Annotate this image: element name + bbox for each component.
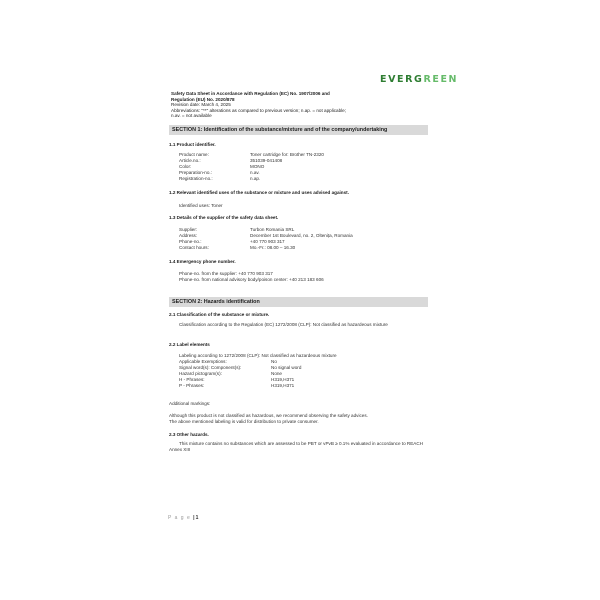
emergency-phone-poison-center: Phone-no. from national advisory body/po…	[179, 277, 324, 283]
subsection-1-2: 1.2 Relevant identified uses of the subs…	[169, 190, 349, 195]
page-footer: P a g e |1	[168, 515, 199, 521]
section-2-header: SECTION 2: Hazards identification	[169, 297, 428, 307]
kv-row: P - Phrases:H319,H371	[179, 383, 301, 389]
evergreen-logo: EVERGREEN	[380, 74, 458, 85]
other-hazards-text: This mixture contains no substances whic…	[169, 441, 431, 453]
page-number: 1	[196, 515, 200, 521]
distribution-note: The above mentioned labeling is valid fo…	[169, 419, 319, 425]
subsection-2-1: 2.1 Classification of the substance or m…	[169, 312, 269, 317]
subsection-1-1: 1.1 Product identifier.	[169, 142, 216, 147]
supplier-table: Supplier:Turbon Romania SRLAddress:Decem…	[179, 227, 353, 251]
kv-row: Contact hours:Mo.-Fr.: 08.00 – 16.30	[179, 245, 353, 251]
label-elements-table: Applicable Exemptions:NoSignal word(s): …	[179, 359, 301, 389]
kv-key: P - Phrases:	[179, 383, 271, 389]
document-header: Safety Data Sheet in Accordance with Reg…	[171, 91, 431, 119]
kv-row: Registration-no.:n.ap.	[179, 176, 324, 182]
classification-text: Classification according to the Regulati…	[169, 322, 431, 328]
kv-key: Contact hours:	[179, 245, 250, 251]
subsection-1-4: 1.4 Emergency phone number.	[169, 259, 236, 264]
document-page: EVERGREEN Safety Data Sheet in Accordanc…	[0, 0, 600, 600]
kv-value: H319,H371	[271, 383, 294, 389]
identified-uses: Identified uses: Toner	[179, 203, 223, 209]
kv-value: Mo.-Fr.: 08.00 – 16.30	[250, 245, 295, 251]
additional-markings: Additional markings:	[169, 401, 210, 407]
section-1-header: SECTION 1: Identification of the substan…	[169, 125, 428, 135]
kv-value: n.ap.	[250, 176, 260, 182]
product-identifier-table: Product name:Toner cartridge for: Brothe…	[179, 152, 324, 182]
kv-key: Registration-no.:	[179, 176, 250, 182]
subsection-2-2: 2.2 Label elements	[169, 342, 210, 347]
subsection-2-3: 2.3 Other hazards.	[169, 432, 209, 437]
abbreviations-2: n.av. = not available	[171, 113, 431, 119]
subsection-1-3: 1.3 Details of the supplier of the safet…	[169, 215, 278, 220]
